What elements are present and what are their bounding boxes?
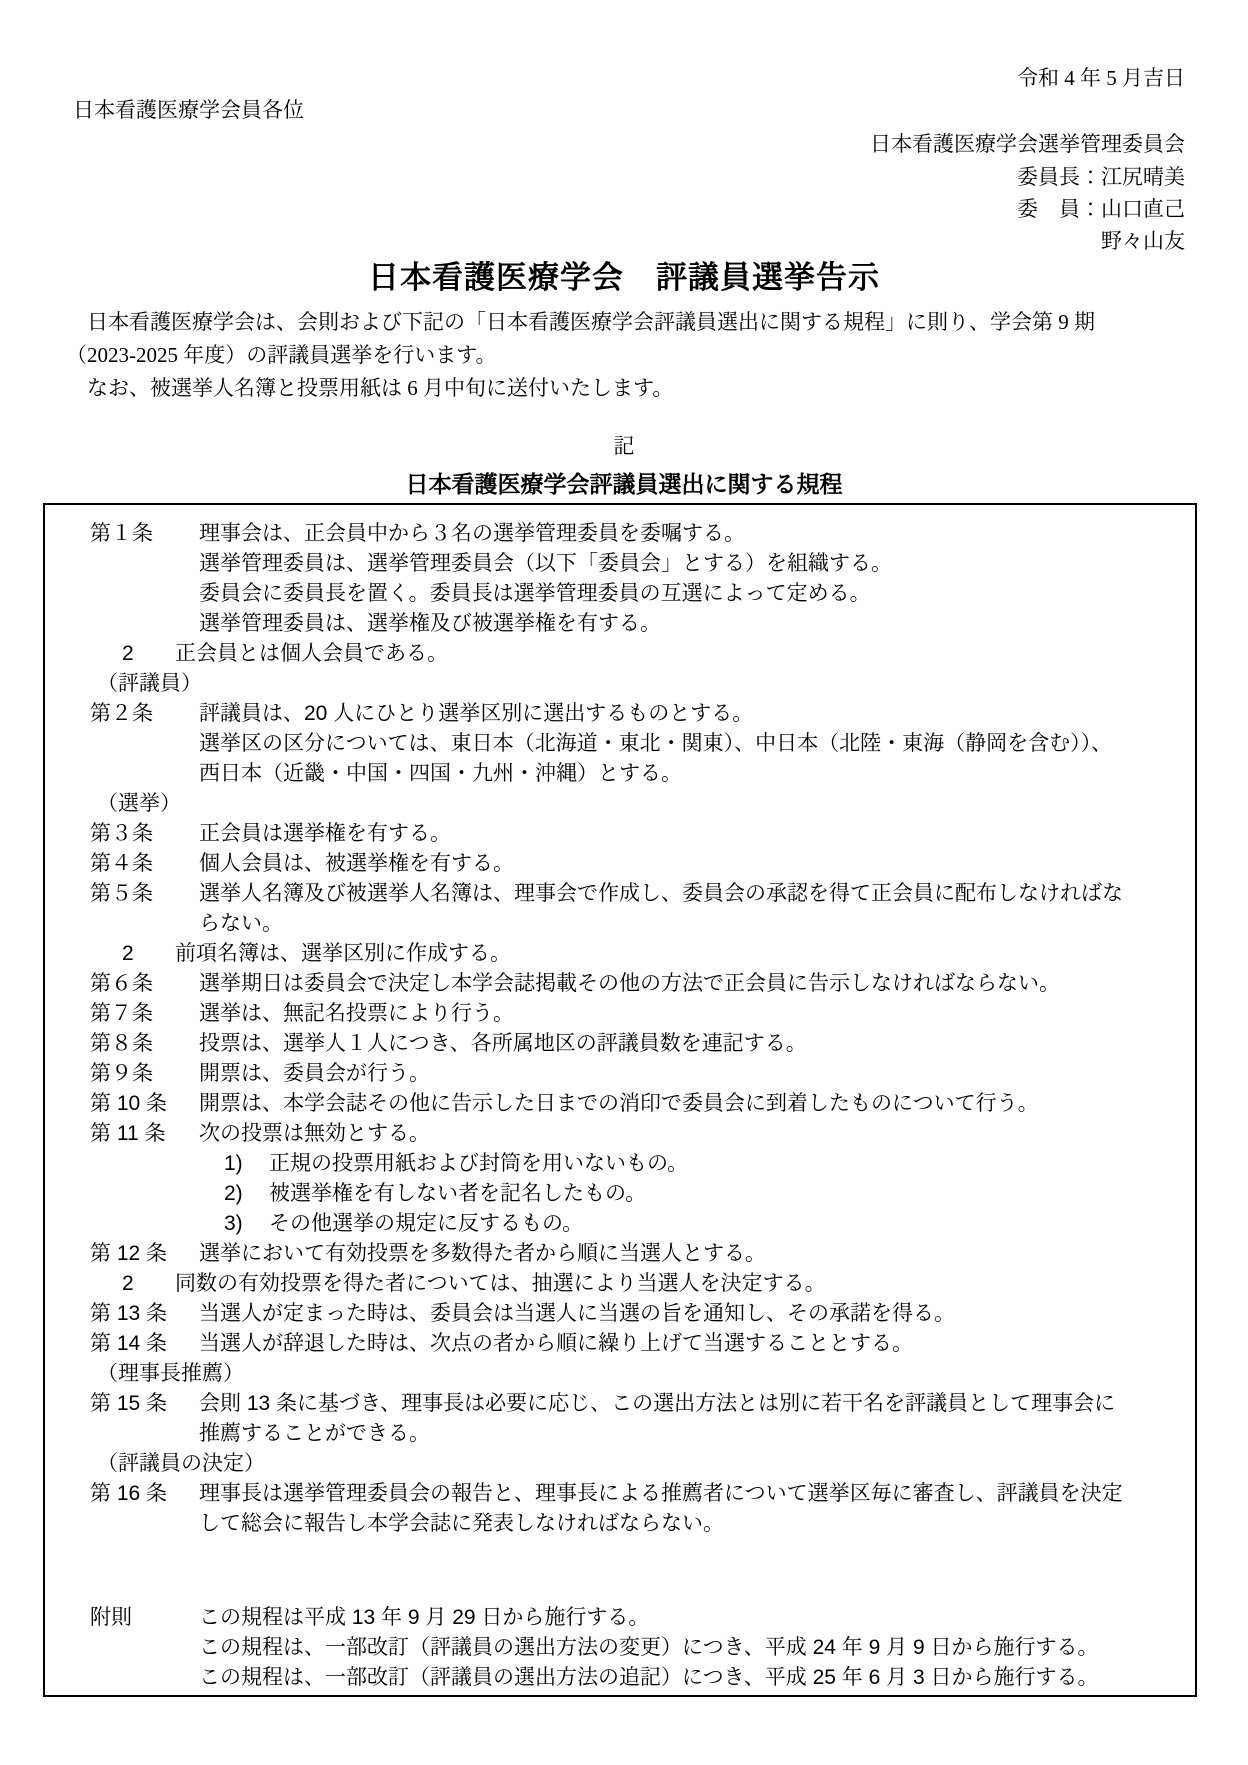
rule-row-text: その他選挙の規定に反するもの。 [269, 1209, 583, 1239]
rules-heading: 日本看護医療学会評議員選出に関する規程 [0, 466, 1248, 499]
rule-row: 選挙管理委員は、選挙権及び被選挙権を有する。 [45, 609, 1191, 639]
rule-row: 委員会に委員長を置く。委員長は選挙管理委員の互選によって定める。 [45, 579, 1191, 609]
rule-row: 第２条評議員は、20 人にひとり選挙区別に選出するものとする。 [45, 699, 1191, 729]
rule-row: 2正会員とは個人会員である。 [45, 639, 1191, 669]
rule-row-label: 第４条 [90, 849, 199, 879]
rule-row-text: 委員会に委員長を置く。委員長は選挙管理委員の互選によって定める。 [199, 579, 871, 609]
rule-row-text: 当選人が辞退した時は、次点の者から順に繰り上げて当選することとする。 [199, 1329, 913, 1359]
rule-row-text: 被選挙権を有しない者を記名したもの。 [269, 1179, 646, 1209]
rule-row-text: 個人会員は、被選挙権を有する。 [199, 849, 514, 879]
rule-row-label: 第３条 [90, 819, 199, 849]
rule-row: 第 13 条当選人が定まった時は、委員会は当選人に当選の旨を通知し、その承諾を得… [45, 1299, 1191, 1329]
date-line: 令和 4 年 5 月吉日 [1017, 66, 1185, 90]
rule-row-text: 理事会は、正会員中から３名の選挙管理委員を委嘱する。 [199, 519, 745, 549]
rules-box: 第１条理事会は、正会員中から３名の選挙管理委員を委嘱する。選挙管理委員は、選挙管… [43, 503, 1197, 1697]
committee-name-line: 日本看護医療学会選挙管理委員会 [870, 132, 1185, 156]
document-page: 令和 4 年 5 月吉日 日本看護医療学会員各位 日本看護医療学会選挙管理委員会… [0, 0, 1248, 1765]
rules-spacer [45, 1539, 1191, 1603]
rule-row: 第１条理事会は、正会員中から３名の選挙管理委員を委嘱する。 [45, 519, 1191, 549]
rule-row: 第７条選挙は、無記名投票により行う。 [45, 999, 1191, 1029]
rule-row-text: （評議員） [97, 669, 202, 699]
rule-row-text: 選挙管理委員は、選挙管理委員会（以下「委員会」とする）を組織する。 [199, 549, 892, 579]
rule-row: して総会に報告し本学会誌に発表しなければならない。 [45, 1509, 1191, 1539]
rule-row-text: 次の投票は無効とする。 [199, 1119, 430, 1149]
rule-row: 第 11 条次の投票は無効とする。 [45, 1119, 1191, 1149]
rule-row: 西日本（近畿・中国・四国・九州・沖縄）とする。 [45, 759, 1191, 789]
rule-row-text: 同数の有効投票を得た者については、抽選により当選人を決定する。 [175, 1269, 826, 1299]
rule-row-label: 第 16 条 [90, 1479, 199, 1509]
rule-row: 第 14 条当選人が辞退した時は、次点の者から順に繰り上げて当選することとする。 [45, 1329, 1191, 1359]
rule-row-label: 附則 [90, 1603, 199, 1633]
rule-row-label: 第 14 条 [90, 1329, 199, 1359]
rule-row: 1)正規の投票用紙および封筒を用いないもの。 [45, 1149, 1191, 1179]
rule-row: 3)その他選挙の規定に反するもの。 [45, 1209, 1191, 1239]
rule-row-label: 3) [224, 1209, 269, 1239]
rule-row-text: 当選人が定まった時は、委員会は当選人に当選の旨を通知し、その承諾を得る。 [199, 1299, 955, 1329]
rule-row: 第５条選挙人名簿及び被選挙人名簿は、理事会で作成し、委員会の承認を得て正会員に配… [45, 879, 1191, 909]
rule-row-text: この規程は平成 13 年 9 月 29 日から施行する。 [199, 1603, 649, 1633]
rule-row: 選挙管理委員は、選挙管理委員会（以下「委員会」とする）を組織する。 [45, 549, 1191, 579]
rule-row: 第３条正会員は選挙権を有する。 [45, 819, 1191, 849]
rule-row-label: 第１条 [90, 519, 199, 549]
rule-row-text: 開票は、委員会が行う。 [199, 1059, 430, 1089]
rule-row-label: 第 12 条 [90, 1239, 199, 1269]
rule-row-label: 第 15 条 [90, 1389, 199, 1419]
rule-row-text: 選挙において有効投票を多数得た者から順に当選人とする。 [199, 1239, 766, 1269]
rule-row-text: らない。 [199, 909, 283, 939]
rule-row: 第６条選挙期日は委員会で決定し本学会誌掲載その他の方法で正会員に告示しなければな… [45, 969, 1191, 999]
rule-row: 第 15 条会則 13 条に基づき、理事長は必要に応じ、この選出方法とは別に若干… [45, 1389, 1191, 1419]
addressee-line: 日本看護医療学会員各位 [73, 98, 304, 122]
rule-row-label: 第２条 [90, 699, 199, 729]
rule-row-label: 第 10 条 [90, 1089, 199, 1119]
rule-row-text: （選挙） [97, 789, 181, 819]
rule-row: 選挙区の区分については、東日本（北海道・東北・関東）、中日本（北陸・東海（静岡を… [45, 729, 1191, 759]
rule-row-label: 2 [122, 639, 175, 669]
rule-row-label: 2 [122, 939, 175, 969]
rule-row: 2)被選挙権を有しない者を記名したもの。 [45, 1179, 1191, 1209]
rule-row-label: 第５条 [90, 879, 199, 909]
rule-row: 第９条開票は、委員会が行う。 [45, 1059, 1191, 1089]
rule-row: この規程は、一部改訂（評議員の選出方法の変更）につき、平成 24 年 9 月 9… [45, 1633, 1191, 1663]
rule-row-label: 第９条 [90, 1059, 199, 1089]
rule-row-text: 選挙人名簿及び被選挙人名簿は、理事会で作成し、委員会の承認を得て正会員に配布しな… [199, 879, 1123, 909]
rule-row: （理事長推薦） [45, 1359, 1191, 1389]
rule-row: 第 12 条選挙において有効投票を多数得た者から順に当選人とする。 [45, 1239, 1191, 1269]
rule-row: 第 10 条開票は、本学会誌その他に告示した日までの消印で委員会に到着したものに… [45, 1089, 1191, 1119]
intro-paragraph: 日本看護医療学会は、会則および下記の「日本看護医療学会評議員選出に関する規程」に… [66, 306, 1188, 405]
rule-row-text: 投票は、選挙人１人につき、各所属地区の評議員数を連記する。 [199, 1029, 807, 1059]
rule-row: 2前項名簿は、選挙区別に作成する。 [45, 939, 1191, 969]
intro-line-1: 日本看護医療学会は、会則および下記の「日本看護医療学会評議員選出に関する規程」に… [66, 306, 1188, 339]
rule-row-text: 会則 13 条に基づき、理事長は必要に応じ、この選出方法とは別に若干名を評議員と… [199, 1389, 1115, 1419]
rule-row: （選挙） [45, 789, 1191, 819]
intro-line-2: （2023-2025 年度）の評議員選挙を行います。 [66, 339, 1188, 372]
rule-row-text: 前項名簿は、選挙区別に作成する。 [175, 939, 511, 969]
rule-row-text: 評議員は、20 人にひとり選挙区別に選出するものとする。 [199, 699, 753, 729]
rule-row-text: （理事長推薦） [97, 1359, 244, 1389]
rule-row-text: して総会に報告し本学会誌に発表しなければならない。 [199, 1509, 724, 1539]
rule-row: 第８条投票は、選挙人１人につき、各所属地区の評議員数を連記する。 [45, 1029, 1191, 1059]
rule-row: （評議員） [45, 669, 1191, 699]
rule-row-label: 第８条 [90, 1029, 199, 1059]
rule-row-text: 正規の投票用紙および封筒を用いないもの。 [269, 1149, 688, 1179]
rule-row-label: 1) [224, 1149, 269, 1179]
rule-row-label: 第６条 [90, 969, 199, 999]
intro-line-3: なお、被選挙人名簿と投票用紙は 6 月中旬に送付いたします。 [66, 372, 1188, 405]
rule-row: 推薦することができる。 [45, 1419, 1191, 1449]
rule-row-label: 第７条 [90, 999, 199, 1029]
rule-row-label: 第 11 条 [90, 1119, 199, 1149]
page-title: 日本看護医療学会 評議員選挙告示 [0, 252, 1248, 297]
chairperson-line: 委員長：江尻晴美 [1017, 165, 1185, 189]
rule-row-label: 第 13 条 [90, 1299, 199, 1329]
rule-row: （評議員の決定） [45, 1449, 1191, 1479]
rule-row-text: 選挙期日は委員会で決定し本学会誌掲載その他の方法で正会員に告示しなければならない… [199, 969, 1060, 999]
rule-row-text: 開票は、本学会誌その他に告示した日までの消印で委員会に到着したものについて行う。 [199, 1089, 1039, 1119]
rule-row-text: 推薦することができる。 [199, 1419, 430, 1449]
rule-row: 2同数の有効投票を得た者については、抽選により当選人を決定する。 [45, 1269, 1191, 1299]
rule-row-text: 選挙は、無記名投票により行う。 [199, 999, 514, 1029]
rule-row-text: この規程は、一部改訂（評議員の選出方法の追記）につき、平成 25 年 6 月 3… [199, 1663, 1098, 1693]
rule-row-text: 理事長は選挙管理委員会の報告と、理事長による推薦者について選挙区毎に審査し、評議… [199, 1479, 1123, 1509]
rule-row: 附則この規程は平成 13 年 9 月 29 日から施行する。 [45, 1603, 1191, 1633]
rule-row-text: この規程は、一部改訂（評議員の選出方法の変更）につき、平成 24 年 9 月 9… [199, 1633, 1098, 1663]
rule-row: らない。 [45, 909, 1191, 939]
rule-row: 第 16 条理事長は選挙管理委員会の報告と、理事長による推薦者について選挙区毎に… [45, 1479, 1191, 1509]
rule-row-text: 西日本（近畿・中国・四国・九州・沖縄）とする。 [199, 759, 682, 789]
rule-row-text: 正会員は選挙権を有する。 [199, 819, 451, 849]
rule-row-text: （評議員の決定） [97, 1449, 265, 1479]
rule-row-text: 選挙管理委員は、選挙権及び被選挙権を有する。 [199, 609, 661, 639]
rule-row: 第４条個人会員は、被選挙権を有する。 [45, 849, 1191, 879]
rule-row-label: 2 [122, 1269, 175, 1299]
rule-row: この規程は、一部改訂（評議員の選出方法の追記）につき、平成 25 年 6 月 3… [45, 1663, 1191, 1693]
rule-row-label: 2) [224, 1179, 269, 1209]
member-line-1: 委 員：山口直己 [1017, 197, 1185, 221]
member-line-2: 野々山友 [1101, 229, 1185, 253]
rule-row-text: 選挙区の区分については、東日本（北海道・東北・関東）、中日本（北陸・東海（静岡を… [199, 729, 1112, 759]
rule-row-text: 正会員とは個人会員である。 [175, 639, 448, 669]
ki-marker: 記 [0, 430, 1248, 460]
